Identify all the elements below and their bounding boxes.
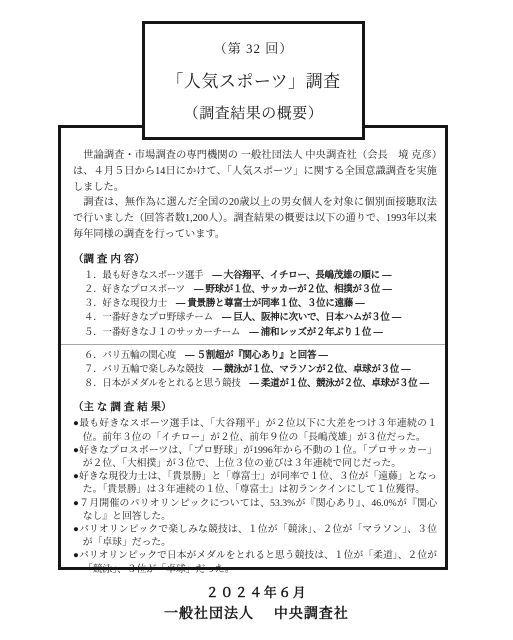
survey-item-result: ― 大谷翔平、イチロー、長嶋茂雄の順に ― bbox=[212, 270, 391, 281]
survey-item-label: ４．一番好きなプロ野球チーム bbox=[84, 313, 213, 323]
intro-paragraph-1: 世論調査・市場調査の専門機関の 一般社団法人 中央調査社（会長 境 克彦）は、４… bbox=[73, 148, 437, 195]
summary-box: 世論調査・市場調査の専門機関の 一般社団法人 中央調査社（会長 境 克彦）は、４… bbox=[58, 125, 448, 570]
survey-item-label: ３．好きな現役力士 bbox=[84, 299, 167, 309]
result-bullet-text: パリオリンピックで日本がメダルをとれると思う競技は、１位が「柔道」、２位が「競泳… bbox=[79, 550, 437, 574]
result-bullet-2: ●好きなプロスポーツは、「プロ野球」が1996年から不動の１位。「プロサッカー」… bbox=[73, 444, 437, 470]
survey-item-label: ８．日本がメダルをとれると思う競技 bbox=[84, 379, 240, 389]
title-box: （第 32 回） 「人気スポーツ」調査 （調査結果の概要） bbox=[142, 21, 365, 140]
survey-item-7: ７．パリ五輪で楽しみな競技― 競泳が１位、マラソンが２位、卓球が３位 ― bbox=[73, 363, 437, 377]
organization-name: 一般社団法人 中央調査社 bbox=[0, 603, 513, 623]
survey-item-4: ４．一番好きなプロ野球チーム― 巨人、阪神に次いで、日本ハムが３位 ― bbox=[73, 311, 437, 325]
survey-item-3: ３．好きな現役力士― 貴景勝と尊富士が同率１位、３位に遠藤 ― bbox=[73, 297, 437, 311]
survey-item-result: ― 巨人、阪神に次いで、日本ハムが３位 ― bbox=[222, 312, 401, 323]
survey-item-label: １．最も好きなスポーツ選手 bbox=[84, 271, 203, 281]
survey-item-label: ２．好きなプロスポーツ bbox=[84, 285, 185, 295]
result-bullet-text: 好きなプロスポーツは、「プロ野球」が1996年から不動の１位。「プロサッカー」が… bbox=[79, 445, 437, 469]
survey-round: （第 32 回） bbox=[214, 38, 294, 57]
survey-item-5: ５．一番好きなＪ１のサッカーチーム― 浦和レッズが２年ぶり１位 ― bbox=[73, 326, 437, 340]
publication-date: ２０２４年６月 bbox=[0, 582, 513, 601]
result-bullet-text: 好きな現役力士は、「貴景勝」と「尊富士」が同率で１位、３位が「遠藤」となった。「… bbox=[79, 471, 437, 495]
survey-item-6: ６．パリ五輪の関心度― ５割超が『関心あり』と回答 ― bbox=[73, 349, 437, 363]
main-results-heading: （主 な 調 査 結 果） bbox=[73, 401, 437, 414]
survey-title: 「人気スポーツ」調査 bbox=[166, 67, 340, 92]
survey-item-result: ― ５割超が『関心あり』と回答 ― bbox=[185, 350, 328, 361]
press-release-page: 世論調査・市場調査の専門機関の 一般社団法人 中央調査社（会長 境 克彦）は、４… bbox=[0, 0, 513, 640]
result-bullet-text: ７月開催のパリオリンピックについては、53.3%が『関心あり』、46.0%が『関… bbox=[79, 498, 437, 522]
survey-item-result: ― 浦和レッズが２年ぶり１位 ― bbox=[249, 327, 382, 338]
intro-section: 世論調査・市場調査の専門機関の 一般社団法人 中央調査社（会長 境 克彦）は、４… bbox=[73, 148, 437, 243]
survey-item-8: ８．日本がメダルをとれると思う競技― 柔道が１位、競泳が２位、卓球が３位 ― bbox=[73, 377, 437, 391]
survey-item-result: ― 競泳が１位、マラソンが２位、卓球が３位 ― bbox=[213, 364, 411, 375]
survey-item-result: ― 柔道が１位、競泳が２位、卓球が３位 ― bbox=[249, 378, 428, 389]
result-bullet-1: ●最も好きなスポーツ選手は、「大谷翔平」が２位以下に大差をつけ３年連続の１位。前… bbox=[73, 417, 437, 443]
survey-contents-list: １．最も好きなスポーツ選手― 大谷翔平、イチロー、長嶋茂雄の順に ― ２．好きな… bbox=[73, 269, 437, 392]
survey-subtitle: （調査結果の概要） bbox=[184, 102, 324, 123]
survey-item-result: ― 野球が１位、サッカーが２位、相撲が３位 ― bbox=[194, 284, 392, 295]
survey-item-result: ― 貴景勝と尊富士が同率１位、３位に遠藤 ― bbox=[176, 298, 365, 309]
survey-item-2: ２．好きなプロスポーツ― 野球が１位、サッカーが２位、相撲が３位 ― bbox=[73, 283, 437, 297]
result-bullet-6: ●パリオリンピックで日本がメダルをとれると思う競技は、１位が「柔道」、２位が「競… bbox=[73, 549, 437, 575]
result-bullet-5: ●パリオリンピックで楽しみな競技は、１位が「競泳」、２位が「マラソン」、３位が「… bbox=[73, 523, 437, 549]
intro-paragraph-2: 調査は、無作為に選んだ全国の20歳以上の男女個人を対象に個別面接聴取法で行いまし… bbox=[73, 195, 437, 242]
survey-contents-heading: （調 査 内 容） bbox=[73, 253, 437, 266]
survey-item-label: ５．一番好きなＪ１のサッカーチーム bbox=[84, 328, 240, 338]
footer: ２０２４年６月 一般社団法人 中央調査社 bbox=[0, 582, 513, 623]
result-bullet-4: ●７月開催のパリオリンピックについては、53.3%が『関心あり』、46.0%が『… bbox=[73, 497, 437, 523]
main-results-list: ●最も好きなスポーツ選手は、「大谷翔平」が２位以下に大差をつけ３年連続の１位。前… bbox=[73, 417, 437, 575]
result-bullet-text: パリオリンピックで楽しみな競技は、１位が「競泳」、２位が「マラソン」、３位が「卓… bbox=[79, 524, 437, 548]
survey-item-label: ６．パリ五輪の関心度 bbox=[84, 351, 176, 361]
survey-item-label: ７．パリ五輪で楽しみな競技 bbox=[84, 365, 204, 375]
survey-item-1: １．最も好きなスポーツ選手― 大谷翔平、イチロー、長嶋茂雄の順に ― bbox=[73, 269, 437, 283]
result-bullet-3: ●好きな現役力士は、「貴景勝」と「尊富士」が同率で１位、３位が「遠藤」となった。… bbox=[73, 470, 437, 496]
section-divider bbox=[61, 344, 445, 345]
result-bullet-text: 最も好きなスポーツ選手は、「大谷翔平」が２位以下に大差をつけ３年連続の１位。前年… bbox=[79, 418, 437, 442]
